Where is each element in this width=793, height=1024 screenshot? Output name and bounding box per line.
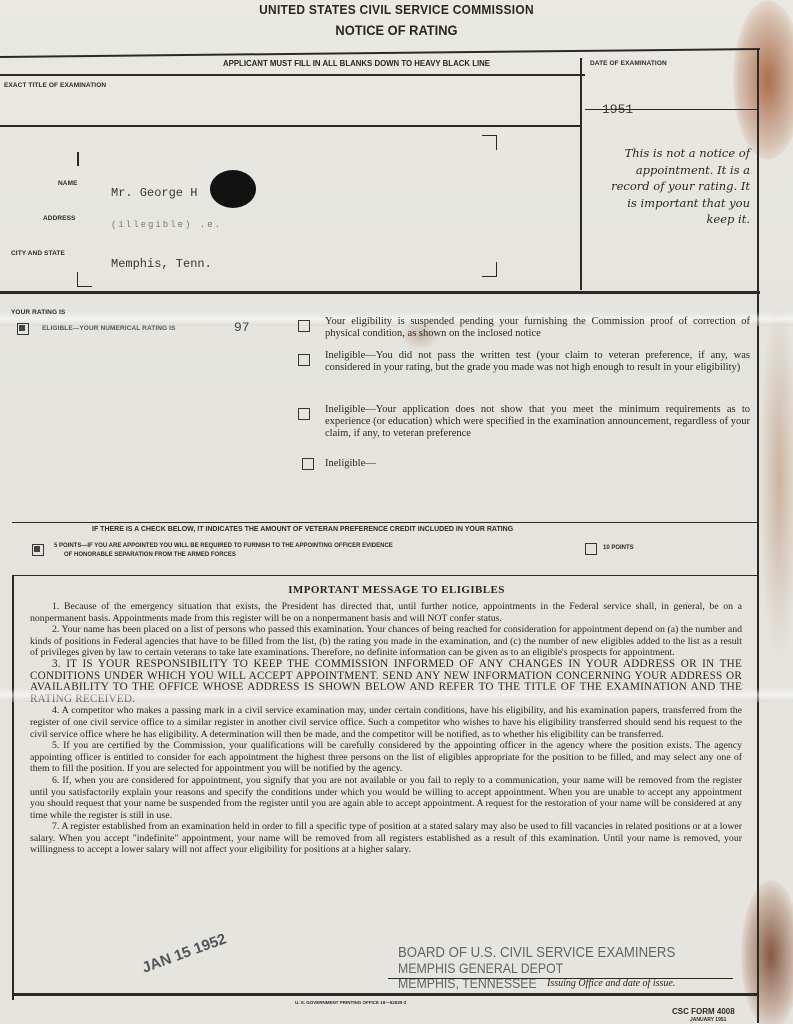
message-paragraph-7: 7. A register established from an examin… <box>30 821 742 856</box>
message-paragraph-1: 1. Because of the emergency situation th… <box>30 601 742 624</box>
ineligible-requirements-checkbox[interactable] <box>298 408 310 420</box>
printer-imprint: U. S. GOVERNMENT PRINTING OFFICE 16—5253… <box>295 1000 406 1005</box>
date-underline <box>585 109 757 110</box>
name-value: Mr. George H <box>111 186 197 200</box>
heavy-black-line <box>0 291 760 294</box>
window-corner-mark <box>482 135 497 150</box>
office-stamp-line2: MEMPHIS GENERAL DEPOT <box>398 960 563 976</box>
exam-title-label: EXACT TITLE OF EXAMINATION <box>4 82 106 89</box>
divider <box>580 58 582 290</box>
exam-date-label: DATE OF EXAMINATION <box>590 60 667 67</box>
bottom-border <box>14 993 757 996</box>
five-points-checkbox[interactable] <box>32 544 44 556</box>
divider <box>12 522 757 523</box>
window-corner-mark <box>482 262 497 277</box>
divider <box>0 48 760 57</box>
agency-heading: UNITED STATES CIVIL SERVICE COMMISSION <box>32 2 762 17</box>
message-paragraph-6: 6. If, when you are considered for appoi… <box>30 775 742 821</box>
rating-section-label: YOUR RATING IS <box>11 309 65 316</box>
ten-points-label: 10 POINTS <box>603 545 634 551</box>
issuing-office-label: Issuing Office and date of issue. <box>547 978 675 989</box>
form-number: CSC FORM 4008 <box>672 1007 735 1016</box>
name-label: NAME <box>58 180 78 187</box>
eligible-label: ELIGIBLE—YOUR NUMERICAL RATING IS <box>42 325 175 332</box>
window-tick-mark <box>77 152 79 166</box>
ineligible-other-text: Ineligible— <box>325 458 750 470</box>
ineligible-requirements-text: Ineligible—Your application does not sho… <box>325 404 750 441</box>
veteran-heading: IF THERE IS A CHECK BELOW, IT INDICATES … <box>92 526 513 533</box>
rust-stain <box>759 300 793 660</box>
notice-of-rating-document: UNITED STATES CIVIL SERVICE COMMISSION N… <box>0 0 793 1024</box>
left-border <box>12 575 14 1000</box>
message-paragraph-4: 4. A competitor who makes a passing mark… <box>30 705 742 740</box>
ineligible-written-test-text: Ineligible—You did not pass the written … <box>325 350 750 374</box>
redaction-mark <box>210 170 256 208</box>
numerical-rating: 97 <box>234 320 250 335</box>
city-state-label: CITY AND STATE <box>11 250 65 257</box>
message-paragraph-5: 5. If you are certified by the Commissio… <box>30 740 742 775</box>
date-stamp: JAN 15 1952 <box>140 930 229 976</box>
suspended-option-text: Your eligibility is suspended pending yo… <box>325 316 750 340</box>
five-points-text-line2: OF HONORABLE SEPARATION FROM THE ARMED F… <box>64 552 236 558</box>
address-label: ADDRESS <box>43 215 75 222</box>
address-value: (illegible) .e. <box>111 220 222 230</box>
eligible-checkbox[interactable] <box>17 323 29 335</box>
right-border <box>757 48 759 1023</box>
rust-stain <box>741 880 793 1024</box>
not-appointment-notice: This is not a notice of appointment. It … <box>600 145 750 228</box>
office-stamp-line1: BOARD OF U.S. CIVIL SERVICE EXAMINERS <box>398 944 675 961</box>
message-title: IMPORTANT MESSAGE TO ELIGIBLES <box>0 584 793 596</box>
divider <box>0 74 585 76</box>
five-points-text-line1: 5 POINTS—IF YOU ARE APPOINTED YOU WILL B… <box>54 543 393 549</box>
ineligible-other-checkbox[interactable] <box>302 458 314 470</box>
window-corner-mark <box>77 272 92 287</box>
city-state-value: Memphis, Tenn. <box>111 257 212 271</box>
paper-fold <box>0 688 793 702</box>
form-date: JANUARY 1951 <box>690 1017 726 1023</box>
message-body: 1. Because of the emergency situation th… <box>30 601 742 856</box>
message-paragraph-2: 2. Your name has been placed on a list o… <box>30 624 742 659</box>
divider <box>12 575 757 576</box>
ten-points-checkbox[interactable] <box>585 543 597 555</box>
divider <box>0 125 580 127</box>
suspended-checkbox[interactable] <box>298 320 310 332</box>
form-title: NOTICE OF RATING <box>32 22 762 38</box>
ineligible-written-test-checkbox[interactable] <box>298 354 310 366</box>
